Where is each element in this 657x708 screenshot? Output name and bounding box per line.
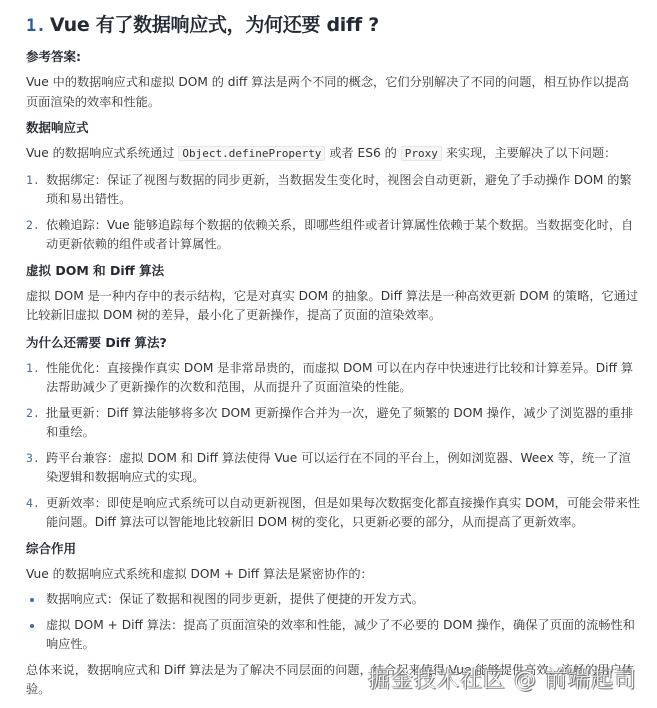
question-number: 1. <box>26 16 46 36</box>
bullet-text: 虚拟 DOM + Diff 算法：提高了页面渲染的效率和性能，减少了不必要的 D… <box>46 618 635 652</box>
why-list: 1.性能优化：直接操作真实 DOM 是非常昂贵的，而虚拟 DOM 可以在内存中快… <box>26 359 641 533</box>
heading-reactive: 数据响应式 <box>26 118 641 138</box>
intro-paragraph: Vue 中的数据响应式和虚拟 DOM 的 diff 算法是两个不同的概念，它们分… <box>26 73 641 112</box>
question-title: 1.Vue 有了数据响应式，为何还要 diff ? <box>26 10 641 41</box>
combined-paragraph: Vue 的数据响应式系统和虚拟 DOM + Diff 算法是紧密协作的： <box>26 565 641 585</box>
vdom-paragraph: 虚拟 DOM 是一种内存中的表示结构，它是对真实 DOM 的抽象。Diff 算法… <box>26 287 641 326</box>
list-number: 2. <box>26 404 40 424</box>
code-proxy: Proxy <box>401 146 442 161</box>
reactive-text-1: Vue 的数据响应式系统通过 <box>26 146 174 160</box>
list-item-text: 批量更新：Diff 算法能够将多次 DOM 更新操作合并为一次，避免了频繁的 D… <box>46 406 633 440</box>
bullet-dot-icon <box>30 598 34 602</box>
reactive-paragraph: Vue 的数据响应式系统通过 Object.defineProperty 或者 … <box>26 144 641 164</box>
list-item: 2.批量更新：Diff 算法能够将多次 DOM 更新操作合并为一次，避免了频繁的… <box>26 404 641 443</box>
list-item-text: 数据绑定：保证了视图与数据的同步更新，当数据发生变化时，视图会自动更新，避免了手… <box>46 173 632 207</box>
list-number: 1. <box>26 359 40 379</box>
list-item: 1.性能优化：直接操作真实 DOM 是非常昂贵的，而虚拟 DOM 可以在内存中快… <box>26 359 641 398</box>
bullet-item: 虚拟 DOM + Diff 算法：提高了页面渲染的效率和性能，减少了不必要的 D… <box>26 616 641 655</box>
code-define-property: Object.defineProperty <box>178 146 325 161</box>
heading-combined: 综合作用 <box>26 539 641 559</box>
reactive-text-2: 或者 ES6 的 <box>329 146 397 160</box>
list-number: 1. <box>26 171 40 191</box>
list-number: 4. <box>26 494 40 514</box>
list-item-text: 更新效率：即使是响应式系统可以自动更新视图，但是如果每次数据变化都直接操作真实 … <box>46 496 640 530</box>
heading-why-diff: 为什么还需要 Diff 算法? <box>26 333 641 353</box>
watermark: 掘金技术社区 @ 前端起司 <box>368 663 637 694</box>
list-number: 2. <box>26 216 40 236</box>
article: 1.Vue 有了数据响应式，为何还要 diff ? 参考答案: Vue 中的数据… <box>26 10 641 700</box>
list-item: 2.依赖追踪：Vue 能够追踪每个数据的依赖关系，即哪些组件或者计算属性依赖于某… <box>26 216 641 255</box>
combined-list: 数据响应式：保证了数据和视图的同步更新，提供了便捷的开发方式。 虚拟 DOM +… <box>26 590 641 655</box>
bullet-dot-icon <box>30 624 34 628</box>
list-item: 4.更新效率：即使是响应式系统可以自动更新视图，但是如果每次数据变化都直接操作真… <box>26 494 641 533</box>
list-number: 3. <box>26 449 40 469</box>
bullet-item: 数据响应式：保证了数据和视图的同步更新，提供了便捷的开发方式。 <box>26 590 641 610</box>
list-item: 1.数据绑定：保证了视图与数据的同步更新，当数据发生变化时，视图会自动更新，避免… <box>26 171 641 210</box>
list-item-text: 依赖追踪：Vue 能够追踪每个数据的依赖关系，即哪些组件或者计算属性依赖于某个数… <box>46 218 633 252</box>
reactive-list: 1.数据绑定：保证了视图与数据的同步更新，当数据发生变化时，视图会自动更新，避免… <box>26 171 641 255</box>
heading-vdom: 虚拟 DOM 和 Diff 算法 <box>26 261 641 281</box>
reference-answer-label: 参考答案: <box>26 47 641 67</box>
bullet-text: 数据响应式：保证了数据和视图的同步更新，提供了便捷的开发方式。 <box>46 592 424 606</box>
reactive-text-3: 来实现，主要解决了以下问题： <box>446 146 617 160</box>
list-item-text: 性能优化：直接操作真实 DOM 是非常昂贵的，而虚拟 DOM 可以在内存中快速进… <box>46 361 633 395</box>
list-item: 3.跨平台兼容：虚拟 DOM 和 Diff 算法使得 Vue 可以运行在不同的平… <box>26 449 641 488</box>
question-text: Vue 有了数据响应式，为何还要 diff ? <box>50 14 379 36</box>
list-item-text: 跨平台兼容：虚拟 DOM 和 Diff 算法使得 Vue 可以运行在不同的平台上… <box>46 451 631 485</box>
